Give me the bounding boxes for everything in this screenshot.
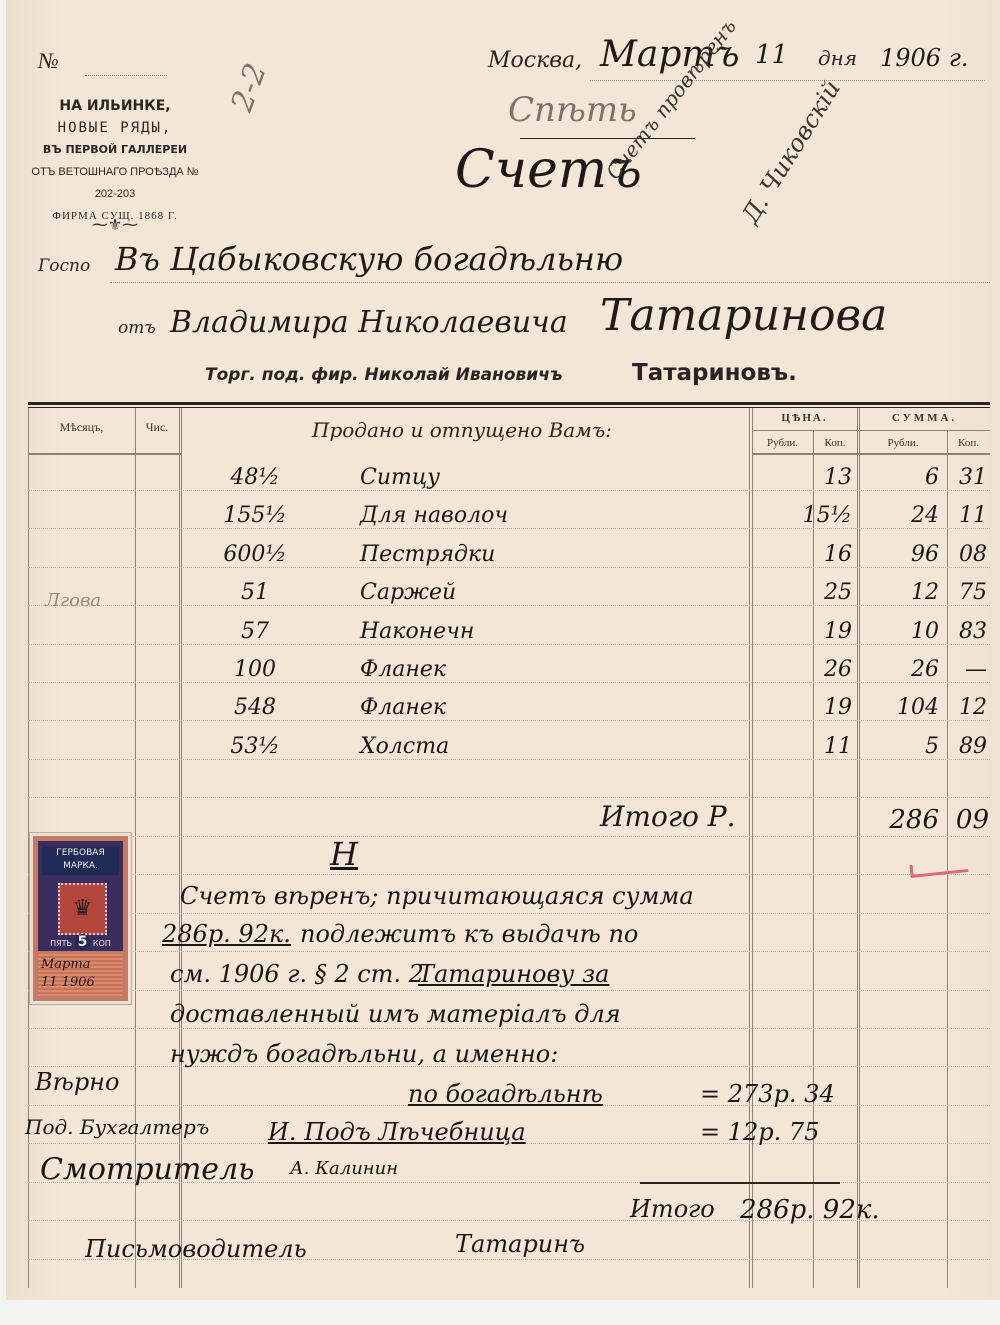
- col-line-left: [28, 408, 29, 1288]
- ruled-line: [28, 528, 990, 529]
- verification-name: Татаринову за: [418, 960, 609, 988]
- total-rub: 286: [859, 805, 939, 835]
- date-mid: дня: [818, 46, 857, 70]
- header-price: ЦѢНА.: [752, 412, 857, 424]
- header-description: Продано и отпущено Вамъ:: [312, 418, 612, 442]
- entry-1-amount: = 273р. 34: [700, 1080, 835, 1108]
- recipient-name: Въ Цабыковскую богадѣльню: [115, 240, 623, 278]
- item-sum-kop: 89: [947, 734, 987, 759]
- item-name: Фланек: [360, 657, 446, 682]
- header-day: Чис.: [135, 420, 179, 435]
- item-sum-kop: 08: [947, 542, 987, 567]
- revenue-stamp: ГЕРБОВАЯ МАРКА. ♛ ПЯТЬ 5 КОП Марта 11 19…: [30, 833, 131, 1004]
- item-sum-kop: 12: [947, 695, 987, 720]
- ruled-line: [28, 836, 990, 837]
- item-sum-rub: 26: [859, 657, 939, 682]
- item-price: 25: [752, 580, 852, 605]
- ruled-line: [28, 951, 990, 952]
- from-name: Владимира Николаевича: [170, 305, 568, 340]
- verification-mark: Н: [330, 835, 358, 873]
- ruled-line: [28, 720, 990, 721]
- from-prefix: отъ: [118, 318, 156, 338]
- table-top-rule: [28, 402, 990, 405]
- header-sum: СУММА.: [859, 412, 990, 424]
- verification-line-4: доставленный имъ матеріалъ для: [170, 1000, 621, 1028]
- item-sum-rub: 96: [859, 542, 939, 567]
- item-name: Саржей: [360, 580, 456, 605]
- item-qty: 600½: [195, 542, 315, 567]
- from-surname: Татаринова: [600, 290, 887, 341]
- date-line: [590, 80, 985, 81]
- final-total-label: Итого: [630, 1195, 715, 1223]
- verification-line-3: см. 1906 г. § 2 ст. 2: [170, 960, 424, 988]
- verification-line-2: подлежитъ къ выдачѣ по: [300, 920, 638, 948]
- address-line-3: ВЪ ПЕРВОЙ ГАЛЛЕРЕИ: [20, 139, 210, 161]
- ruled-line: [28, 797, 990, 798]
- item-name: Ситцу: [360, 465, 440, 490]
- total-kop: 09: [947, 805, 989, 835]
- firm-surname: Татариновъ.: [632, 360, 797, 386]
- item-qty: 100: [195, 657, 315, 682]
- city-label: Москва,: [488, 48, 582, 73]
- item-qty: 57: [195, 619, 315, 644]
- item-price: 13: [752, 465, 852, 490]
- item-price: 16: [752, 542, 852, 567]
- item-name: Фланек: [360, 695, 446, 720]
- item-price: 26: [752, 657, 852, 682]
- item-name: Для наволоч: [360, 503, 508, 528]
- stamp-value: ПЯТЬ 5 КОП: [42, 935, 119, 950]
- item-sum-kop: 31: [947, 465, 987, 490]
- verified-margin: Вѣрно: [35, 1068, 119, 1096]
- item-sum-rub: 10: [859, 619, 939, 644]
- item-name: Пестрядки: [360, 542, 495, 567]
- ruled-line: [28, 490, 990, 491]
- recipient-prefix: Госпо: [38, 256, 90, 276]
- ruled-line: [28, 567, 990, 568]
- item-price: 11: [752, 734, 852, 759]
- stamp-value-num: 5: [75, 934, 91, 950]
- item-sum-rub: 6: [859, 465, 939, 490]
- stamp-value-left: ПЯТЬ: [50, 939, 72, 948]
- inspector-signature: А. Калинин: [290, 1158, 398, 1179]
- final-total-amount: 286р. 92к.: [740, 1195, 880, 1225]
- cancel-line-2: 11 1906: [41, 974, 95, 992]
- entry-1-label: по богадѣльнѣ: [408, 1080, 603, 1108]
- entry-2-amount: = 12р. 75: [700, 1118, 819, 1146]
- entry-2-prefix: Под. Бухгалтеръ: [25, 1115, 209, 1139]
- ruled-line: [28, 605, 990, 606]
- clerk-signature: Татаринъ: [455, 1230, 585, 1258]
- item-name: Наконечн: [360, 619, 474, 644]
- col-line-sum: [857, 408, 858, 1288]
- item-sum-kop: 11: [947, 503, 987, 528]
- header-bottom-left: [28, 453, 181, 455]
- ruled-line: [28, 682, 990, 683]
- item-sum-rub: 104: [859, 695, 939, 720]
- verification-line-5: нуждъ богадѣльни, а именно:: [170, 1040, 558, 1068]
- item-qty: 53½: [195, 734, 315, 759]
- item-sum-kop: —: [947, 657, 987, 682]
- sum-rule: [640, 1182, 840, 1184]
- item-qty: 48½: [195, 465, 315, 490]
- item-qty: 155½: [195, 503, 315, 528]
- stamp-value-right: КОП: [93, 939, 111, 948]
- firm-line: Торг. под. фир. Николай Ивановичъ: [205, 365, 563, 385]
- ruled-line: [28, 759, 990, 760]
- number-blank-line: [85, 75, 167, 76]
- stamp-title: ГЕРБОВАЯ МАРКА.: [42, 847, 119, 875]
- number-mark: №: [38, 48, 59, 74]
- item-sum-kop: 83: [947, 619, 987, 644]
- under-date-note: Спѣть: [508, 90, 637, 130]
- inspector-title: Смотритель: [40, 1152, 255, 1187]
- table-top-rule-thin: [28, 407, 990, 408]
- margin-pencil-note: Лгова: [45, 590, 101, 611]
- entry-2-label: И. Подъ Лѣчебница: [268, 1118, 526, 1146]
- ruled-line: [28, 913, 990, 914]
- verification-line-1: Счетъ вѣренъ; причитающаяся сумма: [180, 882, 694, 910]
- col-line-desc: [749, 408, 750, 1288]
- title-rule: [520, 138, 695, 139]
- ruled-line: [28, 644, 990, 645]
- item-sum-kop: 75: [947, 580, 987, 605]
- header-month: Мѣсяцъ,: [28, 420, 135, 435]
- clerk-title: Письмоводитель: [85, 1235, 307, 1263]
- cancel-line-1: Марта: [41, 956, 95, 974]
- item-price: 15½: [752, 503, 852, 528]
- ruled-line: [28, 1028, 990, 1029]
- col-line-sum-2: [859, 408, 860, 1288]
- header-price-rub: Рубли.: [752, 437, 813, 449]
- ruled-line: [28, 874, 990, 875]
- stamp-upper: ГЕРБОВАЯ МАРКА. ♛ ПЯТЬ 5 КОП: [38, 841, 123, 951]
- address-line-4: ОТЪ ВЕТОШНАГО ПРОѢЗДА № 202-203: [20, 161, 210, 205]
- item-sum-rub: 24: [859, 503, 939, 528]
- col-line-desc-2: [752, 408, 753, 1288]
- header-price-kop: Коп.: [813, 437, 857, 449]
- shop-address-block: НА ИЛЬИНКЕ, НОВЫЕ РЯДЫ, ВЪ ПЕРВОЙ ГАЛЛЕР…: [20, 95, 210, 227]
- item-qty: 51: [195, 580, 315, 605]
- date-day: 11: [755, 40, 788, 70]
- verification-amount: 286р. 92к.: [162, 920, 291, 948]
- header-bottom-right: [752, 453, 990, 455]
- item-name: Холста: [360, 734, 449, 759]
- item-price: 19: [752, 695, 852, 720]
- item-qty: 548: [195, 695, 315, 720]
- recipient-line: [110, 282, 990, 283]
- total-label: Итого Р.: [600, 800, 735, 833]
- stamp-cancellation: Марта 11 1906: [41, 956, 95, 992]
- ruled-line: [28, 990, 990, 991]
- date-year: 1906 г.: [880, 44, 968, 72]
- item-price: 19: [752, 619, 852, 644]
- header-divider: [752, 430, 990, 431]
- ornament-flourish: ⁓⚜⁓: [90, 215, 140, 234]
- address-line-2: НОВЫЕ РЯДЫ,: [20, 117, 210, 139]
- address-line-1: НА ИЛЬИНКЕ,: [20, 95, 210, 117]
- item-sum-rub: 5: [859, 734, 939, 759]
- item-sum-rub: 12: [859, 580, 939, 605]
- header-sum-rub: Рубли.: [859, 437, 947, 449]
- double-eagle-icon: ♛: [58, 883, 107, 935]
- header-sum-kop: Коп.: [947, 437, 990, 449]
